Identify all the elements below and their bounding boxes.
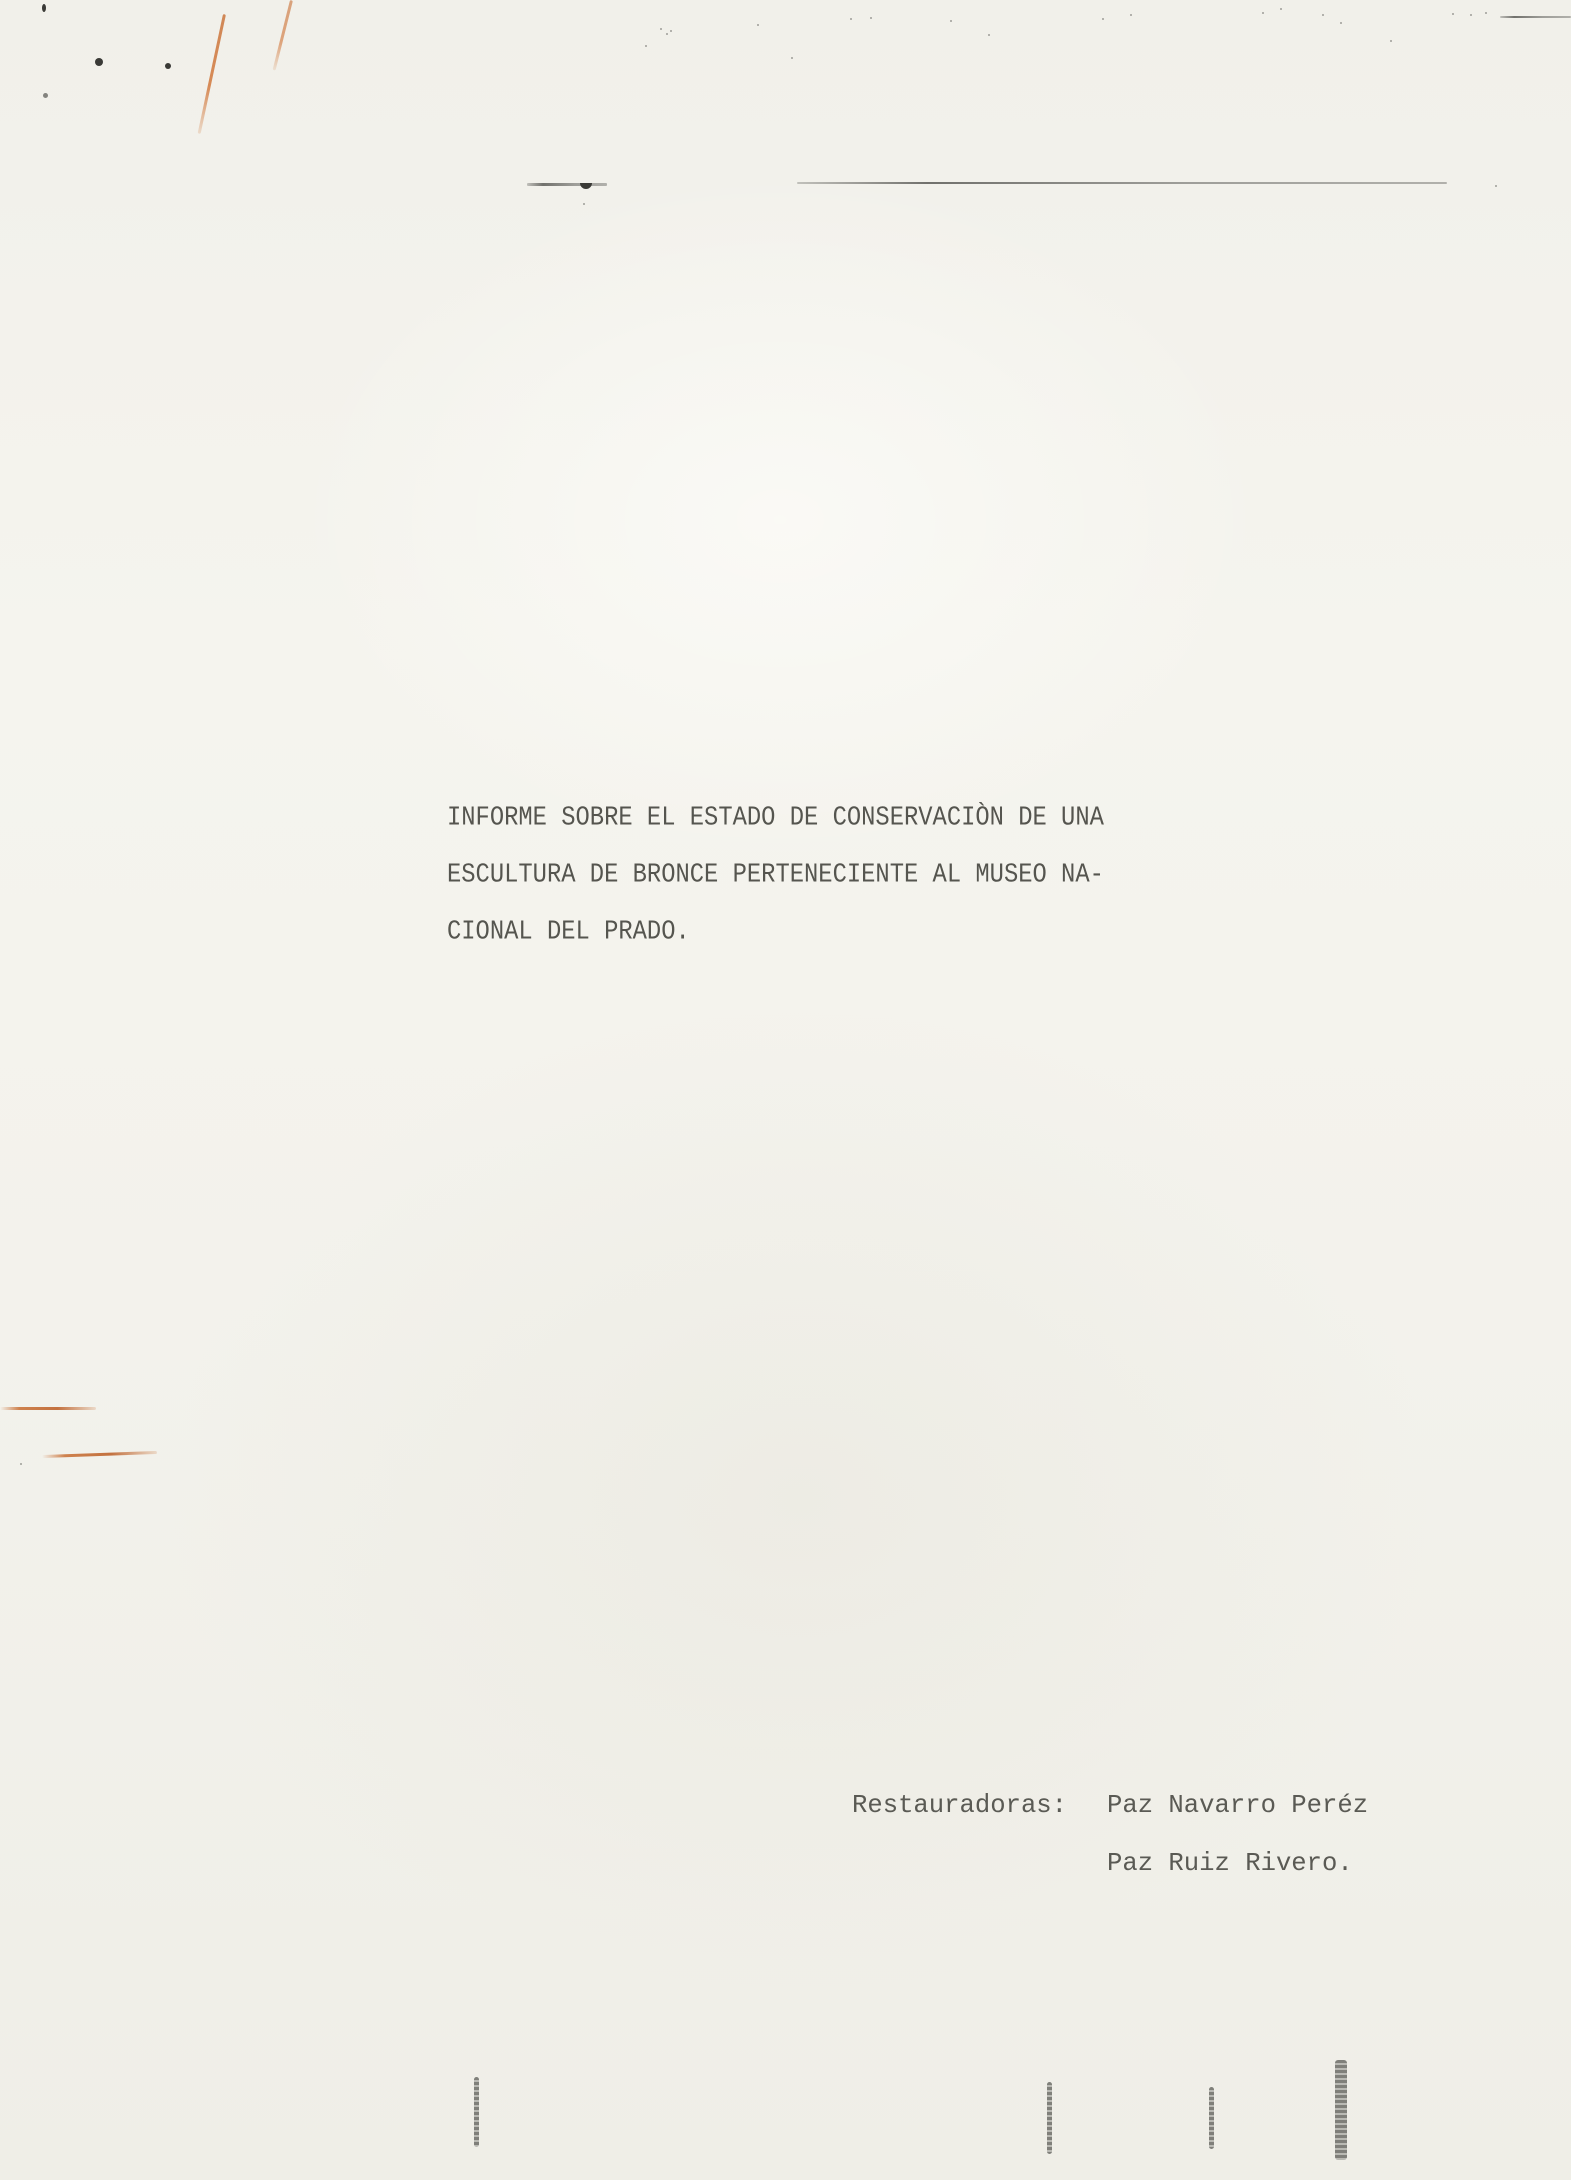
- rust-streak: [0, 1407, 96, 1410]
- pencil-mark: [1335, 2060, 1347, 2160]
- edge-line: [1500, 16, 1571, 18]
- ink-speck: [1485, 12, 1487, 14]
- scanned-page: INFORME SOBRE EL ESTADO DE CONSERVACIÒN …: [0, 0, 1571, 2180]
- staple-hole: [165, 63, 171, 69]
- title-line: CIONAL DEL PRADO.: [447, 916, 690, 950]
- ink-speck: [583, 203, 585, 205]
- ink-speck: [1322, 14, 1324, 16]
- title-line: ESCULTURA DE BRONCE PERTENECIENTE AL MUS…: [447, 859, 1104, 893]
- ruled-line: [527, 183, 607, 186]
- pencil-mark: [1209, 2087, 1214, 2149]
- ink-speck: [1340, 22, 1342, 24]
- ink-speck: [645, 45, 647, 47]
- ink-speck: [988, 34, 990, 36]
- ink-speck: [666, 33, 668, 35]
- ink-speck: [791, 57, 793, 59]
- ink-speck: [1130, 14, 1132, 16]
- ink-speck: [850, 18, 852, 20]
- ink-speck: [950, 20, 952, 22]
- ink-speck: [1470, 14, 1472, 16]
- pencil-mark: [1047, 2082, 1052, 2154]
- ink-speck: [42, 4, 46, 12]
- ink-speck: [580, 183, 592, 189]
- authors-label: Restauradoras:: [852, 1791, 1067, 1821]
- ink-speck: [670, 30, 672, 32]
- ink-speck: [757, 24, 759, 26]
- title-line: INFORME SOBRE EL ESTADO DE CONSERVACIÒN …: [447, 802, 1104, 836]
- rust-streak: [42, 1451, 157, 1458]
- author-name: Paz Navarro Peréz: [1107, 1791, 1368, 1821]
- pencil-mark: [474, 2077, 479, 2147]
- staple-hole: [95, 58, 103, 66]
- ink-speck: [1102, 18, 1104, 20]
- ink-speck: [1280, 8, 1282, 10]
- ink-speck: [1262, 12, 1264, 14]
- rust-streak: [273, 0, 293, 71]
- author-name: Paz Ruiz Rivero.: [1107, 1849, 1353, 1879]
- ink-speck: [660, 28, 662, 30]
- ink-speck: [1495, 185, 1497, 187]
- staple-hole: [43, 93, 48, 98]
- ink-speck: [870, 17, 872, 19]
- rust-streak: [198, 14, 226, 134]
- ink-speck: [20, 1463, 22, 1465]
- ink-speck: [1390, 40, 1392, 42]
- ink-speck: [1452, 13, 1454, 15]
- ruled-line: [797, 182, 1447, 184]
